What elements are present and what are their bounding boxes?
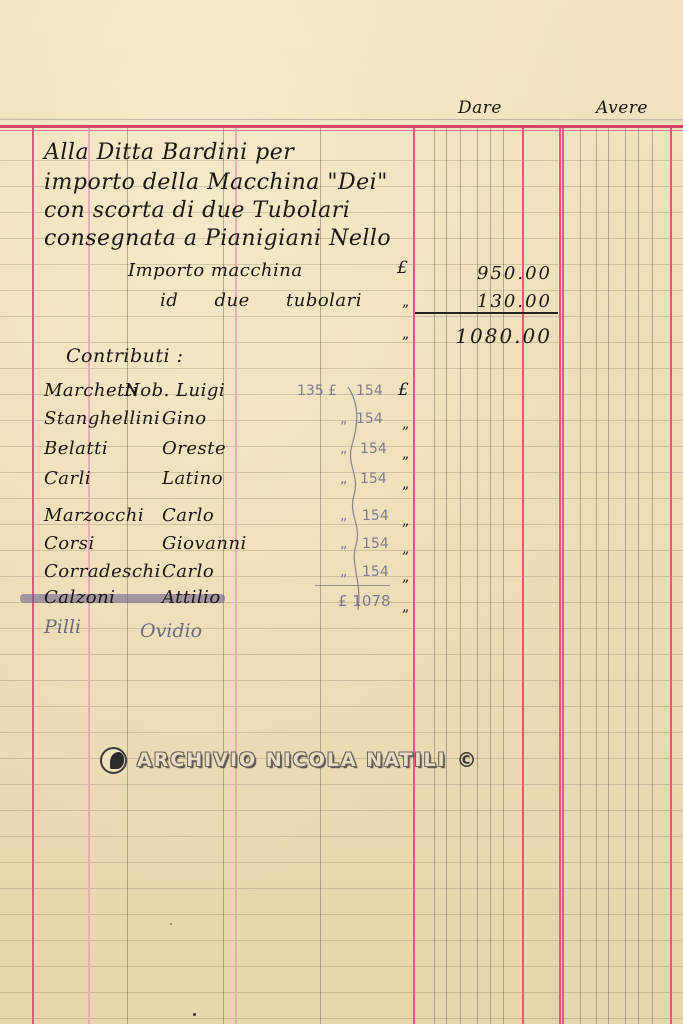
credit-column-header: Avere	[596, 98, 648, 118]
line-item-amount: 130.00	[440, 291, 552, 312]
contributor-surname: Belatti	[44, 438, 108, 459]
pencil-note: 135 £	[297, 383, 337, 399]
debit-column-left-rule	[413, 128, 415, 1024]
contributor-given-name: Gino	[162, 408, 207, 429]
line-item-label: id due tubolari	[160, 290, 362, 311]
column-rule	[652, 128, 653, 1024]
debit-column-header: Dare	[458, 98, 502, 118]
description-line: importo della Macchina "Dei"	[44, 170, 388, 195]
column-rule	[608, 128, 609, 1024]
ditto-mark: „	[402, 599, 409, 615]
column-rule	[580, 128, 581, 1024]
archive-bird-logo-icon	[100, 747, 127, 774]
total-amount: 1080.00	[440, 324, 552, 348]
margin-rule	[32, 128, 34, 1024]
top-rule	[0, 119, 683, 121]
ditto-mark: „	[402, 513, 409, 529]
line-item-amount: 950.00	[440, 263, 552, 284]
contributor-given-name: Oreste	[162, 438, 226, 459]
description-line: con scorta di due Tubolari	[44, 198, 350, 223]
paper-speck	[193, 1013, 196, 1016]
ditto-mark: „	[402, 416, 409, 432]
credit-decimal-rule	[670, 128, 672, 1024]
ditto-mark: „	[402, 476, 409, 492]
column-rule	[638, 128, 639, 1024]
contributor-surname-struck: Calzoni	[44, 587, 115, 608]
ditto-mark: „	[402, 326, 409, 342]
credit-column-left-rule	[559, 128, 561, 1024]
pencil-added-given-name: Ovidio	[140, 620, 202, 642]
currency-mark: £	[397, 258, 408, 278]
paper-speck	[170, 923, 172, 925]
credit-column-left-rule	[562, 128, 564, 1024]
currency-mark: £	[398, 380, 409, 400]
contributor-given-name-struck: Attilio	[162, 587, 221, 608]
ditto-mark: „	[402, 541, 409, 557]
line-item-label: Importo macchina	[128, 260, 303, 281]
ditto-mark: „	[402, 569, 409, 585]
column-rule	[434, 128, 435, 1024]
ditto-mark: „	[402, 446, 409, 462]
column-rule	[596, 128, 597, 1024]
contributor-given-name: Giovanni	[162, 533, 247, 554]
description-line: consegnata a Pianigiani Nello	[44, 226, 391, 251]
contributor-surname: Stanghellini	[44, 408, 160, 429]
contributors-heading: Contributi :	[66, 345, 184, 367]
column-rule	[625, 128, 626, 1024]
pencil-brace-mark	[340, 385, 380, 615]
column-rule	[320, 128, 321, 1024]
copyright-icon: ©	[457, 748, 477, 772]
description-line: Alla Ditta Bardini per	[44, 140, 294, 165]
contributor-surname: Corsi	[44, 533, 95, 554]
ledger-page: Dare Avere Alla Ditta Bardini per import…	[0, 0, 683, 1024]
contributor-given-name: Latino	[162, 468, 223, 489]
contributor-given-name: Carlo	[162, 505, 214, 526]
ditto-mark: „	[402, 294, 409, 310]
sum-rule	[415, 312, 558, 314]
pencil-added-surname: Pilli	[44, 616, 81, 638]
contributor-surname: Corradeschi	[44, 561, 161, 582]
watermark-text: ARCHIVIO NICOLA NATILI	[137, 749, 447, 771]
contributor-given-name: Nob. Luigi	[124, 380, 225, 401]
watermark: ARCHIVIO NICOLA NATILI ©	[100, 744, 477, 776]
contributor-given-name: Carlo	[162, 561, 214, 582]
contributor-surname: Marzocchi	[44, 505, 144, 526]
contributor-surname: Carli	[44, 468, 91, 489]
